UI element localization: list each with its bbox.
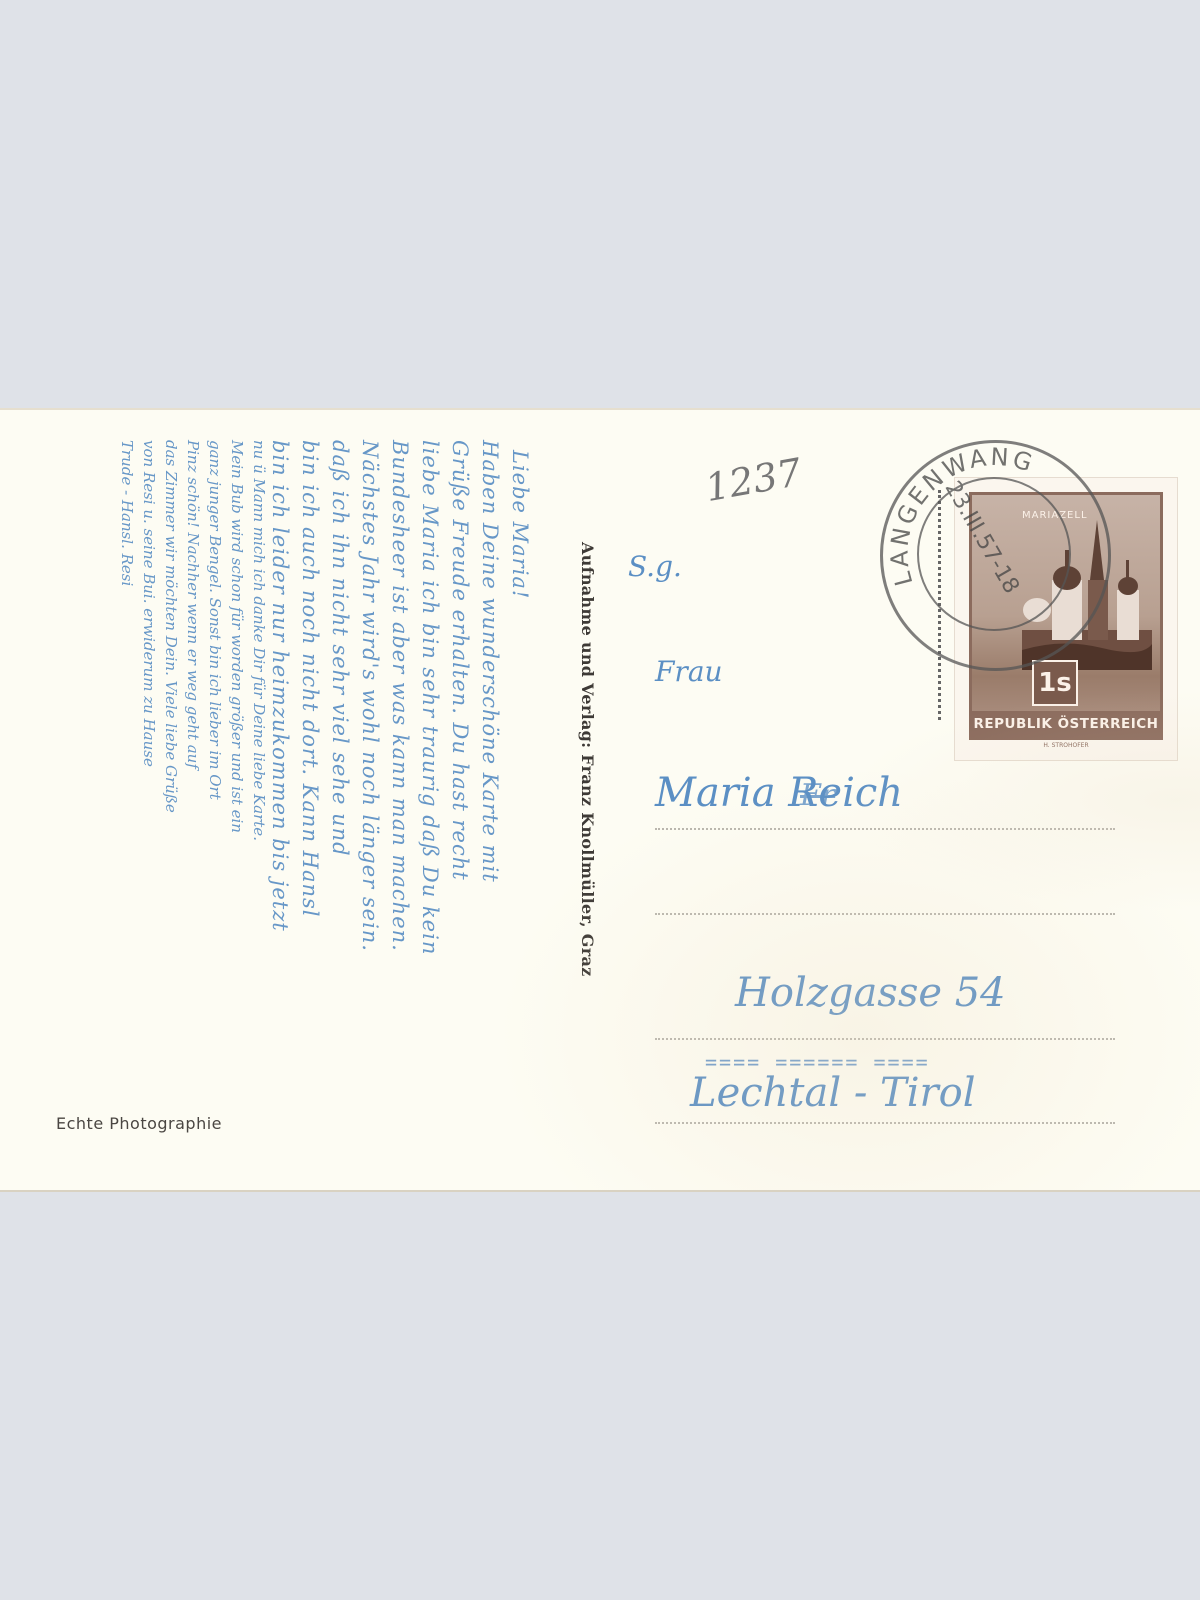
address-line-3 <box>655 1038 1115 1040</box>
message-line: daß ich ihn nicht sehr viel sehe und <box>328 440 352 857</box>
message-line: das Zimmer wir möchten Dein. Viele liebe… <box>162 440 180 813</box>
postcard-back: Liebe Maria!Haben Deine wunderschöne Kar… <box>0 408 1200 1192</box>
message-line: Haben Deine wunderschöne Karte mit <box>478 440 502 883</box>
message-line: Mein Bub wird schon für worden größer un… <box>228 440 246 833</box>
address-name: Maria Reich <box>655 770 903 816</box>
message-line: Pinz schön! Nachher wenn er weg geht auf <box>184 440 202 769</box>
address-line-1 <box>655 828 1115 830</box>
address-name-strikeout: Fr <box>800 778 835 813</box>
address-street: Holzgasse 54 <box>735 970 1006 1016</box>
message-line: Bundesheer ist aber was kann man machen. <box>388 440 412 952</box>
message-line: von Resi u. seine Bui. erwiderum zu Haus… <box>140 440 158 767</box>
message-line: liebe Maria ich bin sehr traurig daß Du … <box>418 440 442 955</box>
pencil-catalog-number: 1237 <box>702 450 805 510</box>
address-line-2 <box>655 913 1115 915</box>
message-line: ganz junger Bengel. Sonst bin ich lieber… <box>206 440 224 800</box>
publisher-imprint: Aufnahme und Verlag: Franz Knollmüller, … <box>578 542 597 977</box>
stamp-country: REPUBLIK ÖSTERREICH <box>972 711 1160 737</box>
message-line: Nächstes Jahr wird's wohl noch länger se… <box>358 440 382 952</box>
message-line: bin ich auch noch nicht dort. Kann Hansl <box>298 440 322 918</box>
message-line: Liebe Maria! <box>508 450 532 599</box>
postmark: LANGENWANG 23.III.57-18 <box>880 440 1111 671</box>
photo-note: Echte Photographie <box>56 1114 222 1133</box>
handwritten-message: Liebe Maria!Haben Deine wunderschöne Kar… <box>10 430 520 1090</box>
address-line-4 <box>655 1122 1115 1124</box>
address-name-text: Maria Reich <box>655 770 903 816</box>
address-title: Frau <box>655 655 723 688</box>
address-region: Lechtal - Tirol <box>690 1070 976 1116</box>
message-line: Trude - Hansl. Resi <box>118 440 136 586</box>
stamp-artist: H. STROHOFER <box>972 742 1160 749</box>
message-line: Grüße Freude erhalten. Du hast recht <box>448 440 472 881</box>
address-salutation: S.g. <box>628 550 682 583</box>
message-line: bin ich leider nur heimzukommen bis jetz… <box>268 440 292 932</box>
message-line: nu ü Mann mich ich danke Dir für Deine l… <box>250 440 268 841</box>
